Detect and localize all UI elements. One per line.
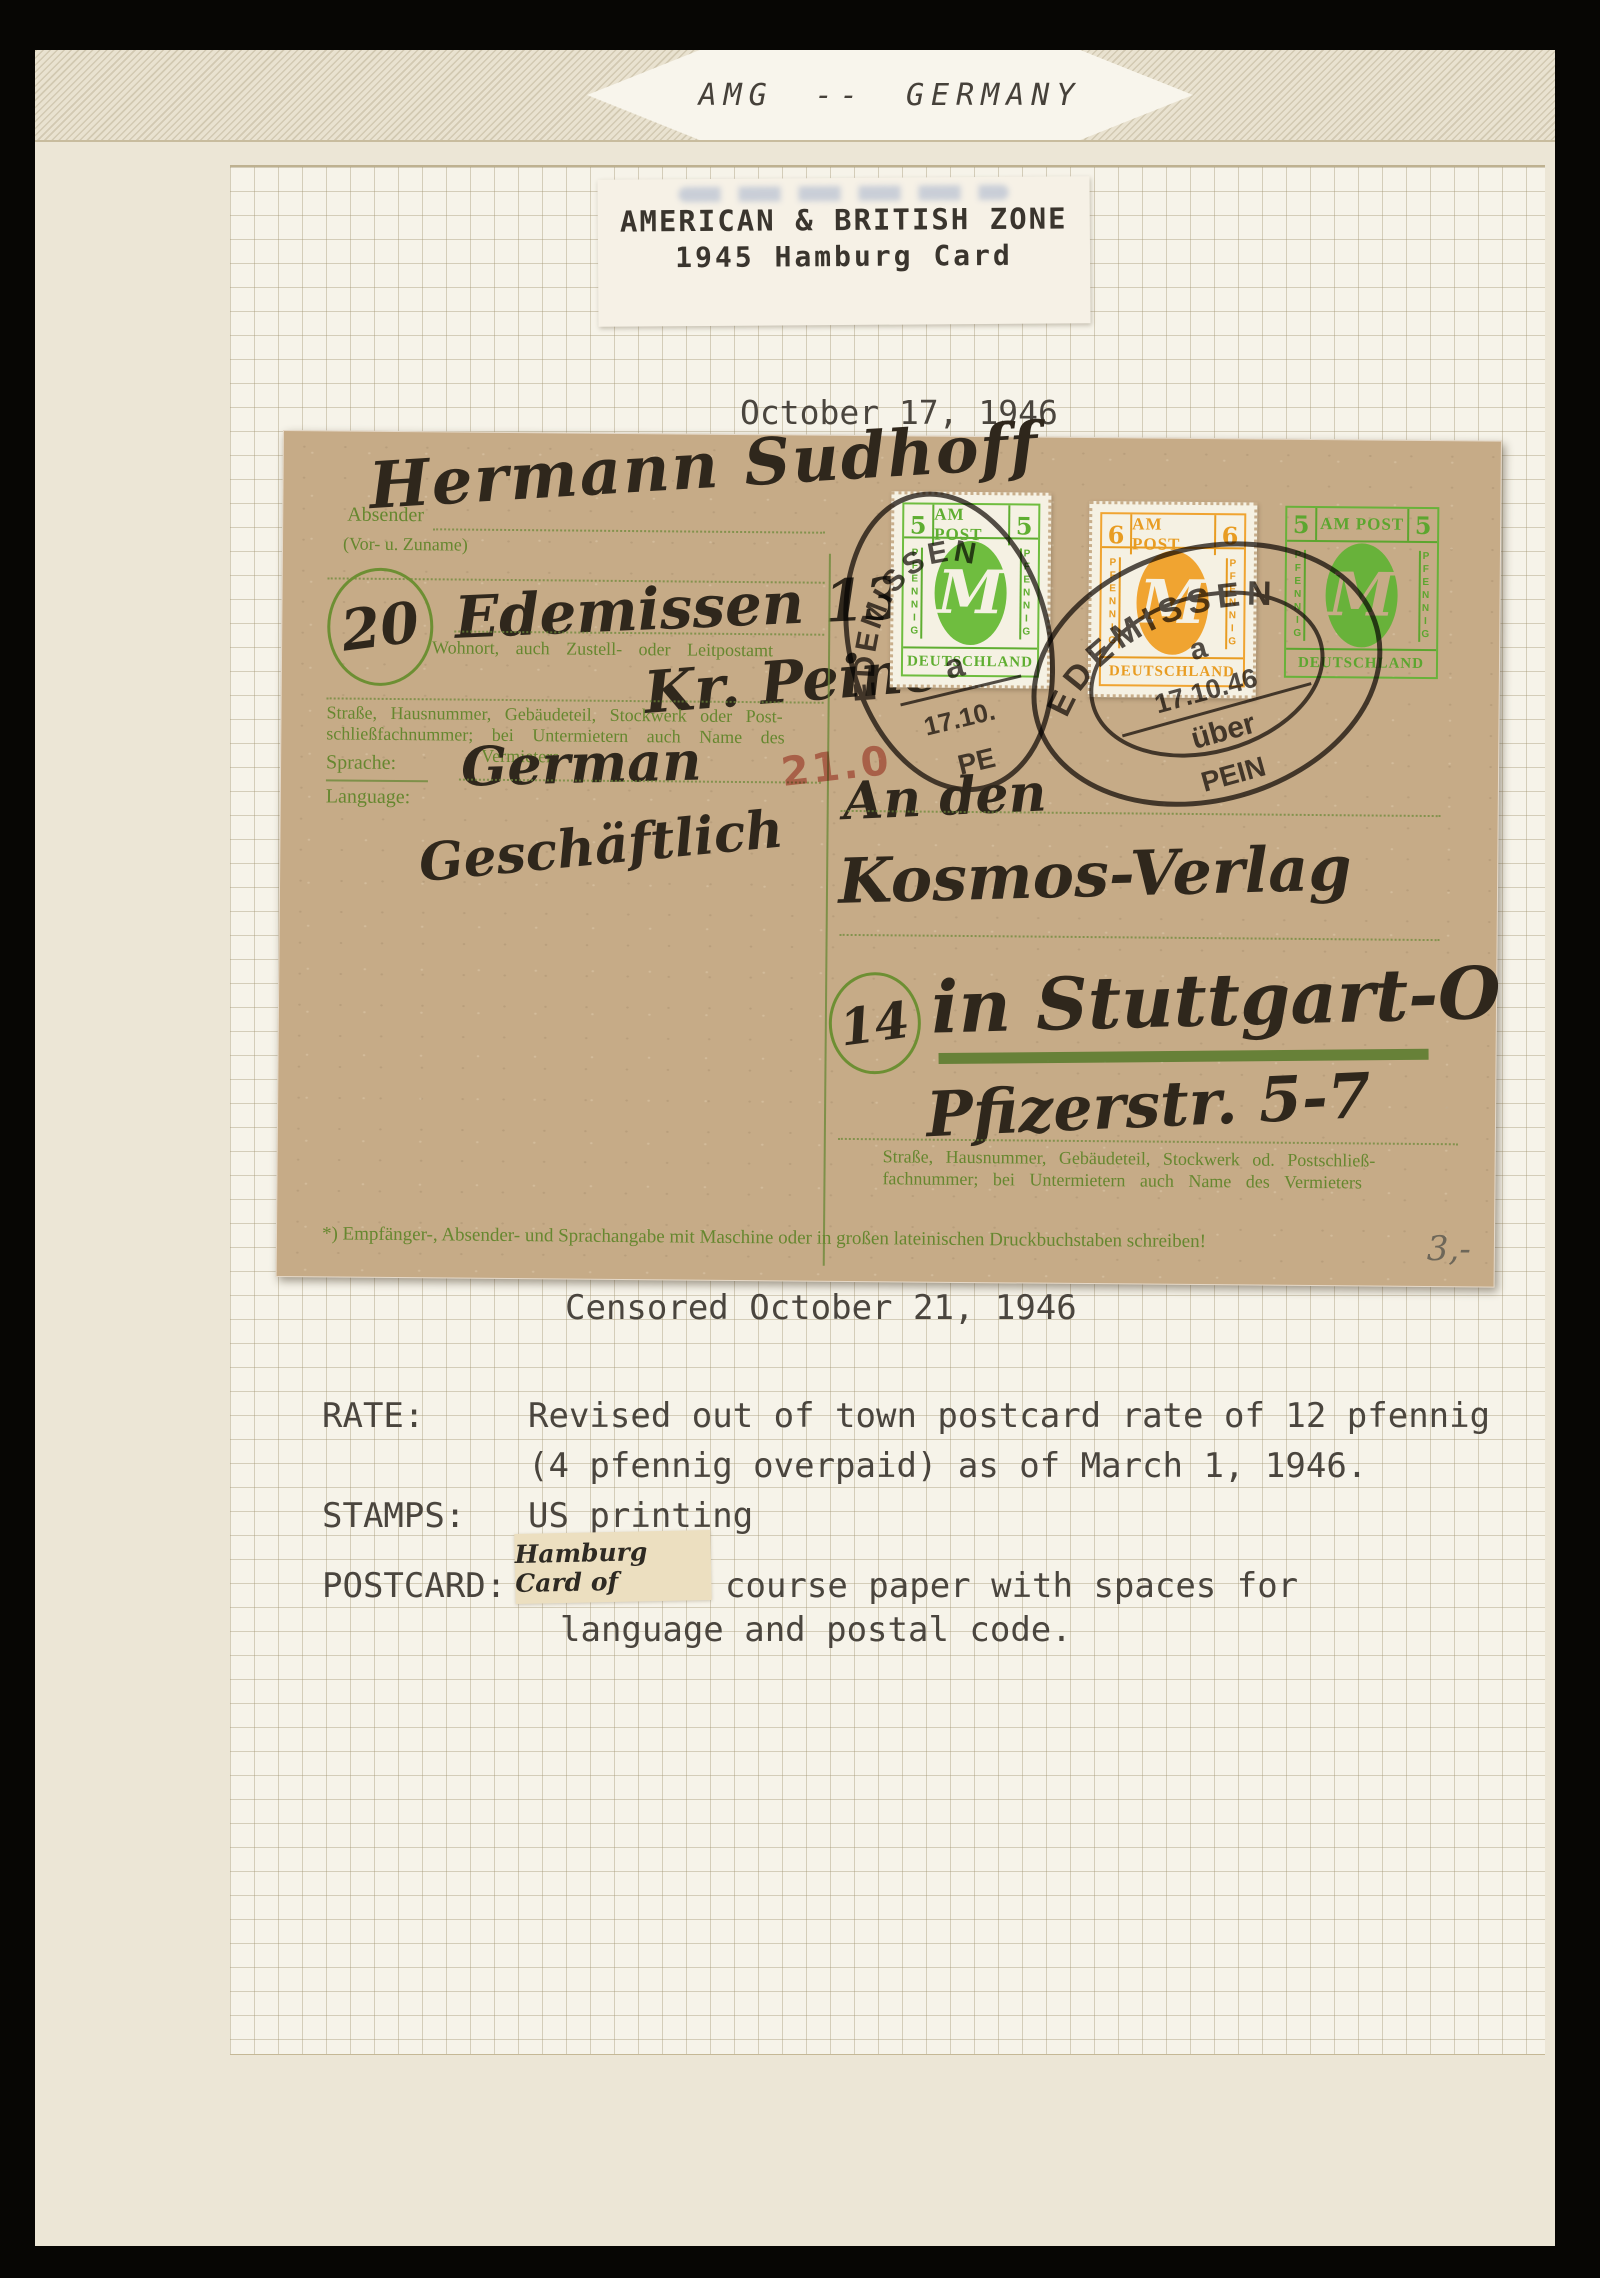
rate-label: RATE: — [322, 1396, 424, 1436]
struck-out-text-smudge — [679, 185, 1009, 202]
postcard-line1: course paper with spaces for — [725, 1566, 1298, 1606]
dest-code-handwriting: 14 — [836, 989, 913, 1057]
postcard: Absender (Vor- u. Zuname) Hermann Sudhof… — [276, 430, 1502, 1288]
rate-line1: Revised out of town postcard rate of 12 … — [528, 1396, 1490, 1436]
patch-handwriting: Hamburg Card of — [514, 1536, 711, 1598]
postcard-line2: language and postal code. — [560, 1610, 1072, 1650]
sender-code-handwriting: 20 — [337, 589, 423, 665]
postmark-letter: a — [1186, 631, 1211, 667]
rate-line2: (4 pfennig overpaid) as of March 1, 1946… — [528, 1446, 1367, 1486]
banner-title: AMG -- GERMANY — [699, 78, 1082, 113]
dest-note-line1: Straße, Hausnummer, Gebäudeteil, Stockwe… — [883, 1146, 1376, 1171]
pencil-price-note: 3,- — [1427, 1229, 1471, 1269]
postmark-letter: a — [941, 645, 969, 687]
zone-label-line1: AMERICAN & BRITISH ZONE — [620, 201, 1068, 238]
postmark-edemissen-right: EDEMISSEN a 17.10.46 über PEIN — [988, 493, 1426, 855]
zone-label: AMERICAN & BRITISH ZONE 1945 Hamburg Car… — [597, 176, 1090, 326]
absender-sublabel: (Vor- u. Zuname) — [343, 534, 468, 556]
dotted-rule — [433, 528, 825, 533]
album-scan: { "banner_title": "AMG -- GERMANY", "lab… — [0, 0, 1600, 2278]
postmark-date: 17.10. — [921, 696, 998, 742]
language-label: Language: — [326, 785, 411, 809]
stamps-label: STAMPS: — [322, 1496, 465, 1536]
dest-street-handwriting: Pfizerstr. 5-7 — [925, 1059, 1372, 1151]
postal-code-circle: 20 — [327, 567, 434, 686]
dest-city-handwriting: in Stuttgart-O — [930, 950, 1502, 1050]
dest-note-line2: fachnummer; bei Untermietern auch Name d… — [882, 1168, 1362, 1193]
stamp-inscription-side: PFENNIG — [1418, 550, 1432, 641]
stamp-value: 5 — [1407, 509, 1437, 541]
card-footer-note: *) Empfänger-, Absender- und Sprachangab… — [322, 1223, 1206, 1253]
censor-caption: Censored October 21, 1946 — [565, 1288, 1077, 1328]
correction-patch: Hamburg Card of — [514, 1530, 711, 1604]
purpose-handwriting: Geschäftlich — [416, 798, 785, 894]
zone-label-line2: 1945 Hamburg Card — [675, 239, 1013, 274]
sprache-underline — [326, 779, 428, 782]
dest-code-circle: 14 — [828, 972, 921, 1075]
dotted-rule — [840, 934, 1440, 941]
album-page: AMG -- GERMANY AMERICAN & BRITISH ZONE 1… — [35, 50, 1555, 2246]
addressee-intro-handwriting: An den — [842, 762, 1048, 832]
language-value-handwriting: German — [460, 728, 702, 798]
title-banner: AMG -- GERMANY — [587, 50, 1193, 140]
postcard-label: POSTCARD: — [322, 1566, 506, 1606]
addressee-name-handwriting: Kosmos-Verlag — [837, 831, 1352, 917]
sprache-label: Sprache: — [326, 751, 396, 775]
stamps-line1: US printing — [528, 1496, 753, 1536]
